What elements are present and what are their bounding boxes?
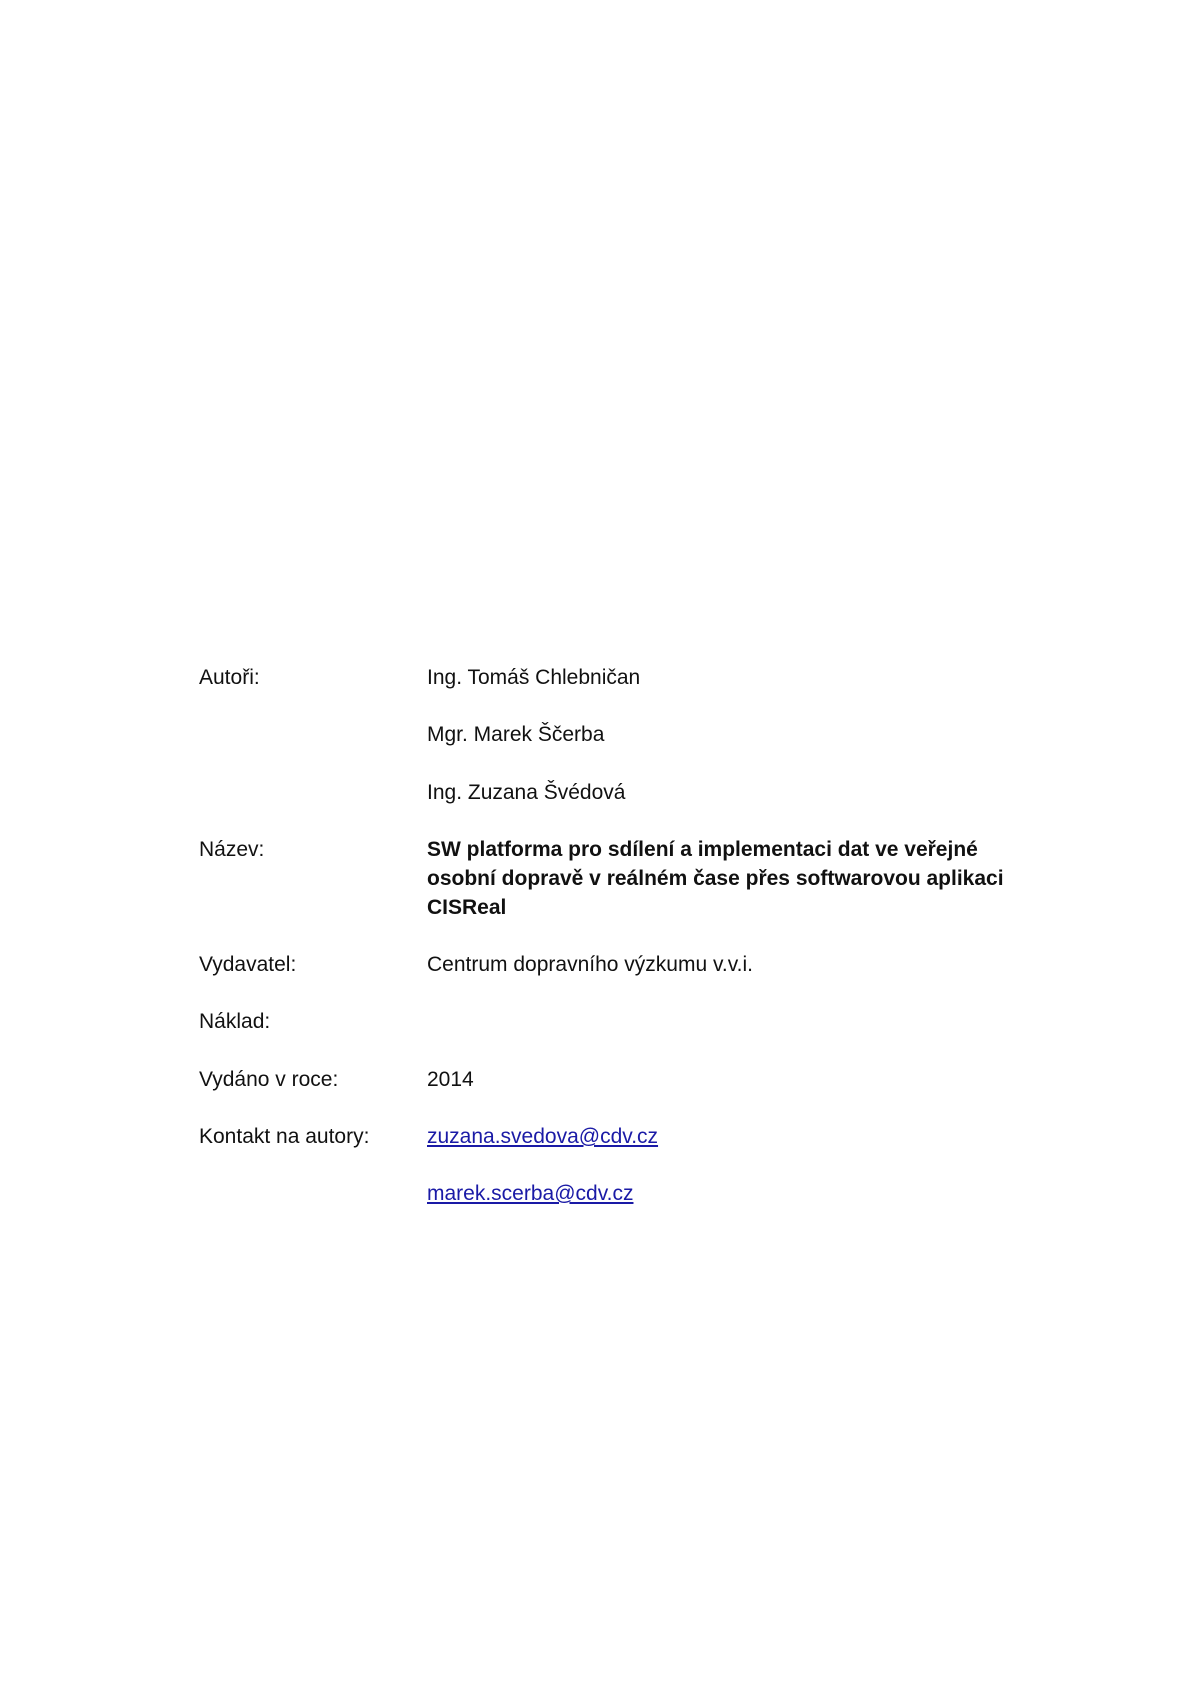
contact-email-1[interactable]: zuzana.svedova@cdv.cz <box>427 1125 658 1148</box>
publisher-label: Vydavatel: <box>199 950 419 979</box>
title-line-1: SW platforma pro sdílení a implementaci … <box>427 835 1017 864</box>
year-label: Vydáno v roce: <box>199 1065 419 1094</box>
document-title: SW platforma pro sdílení a implementaci … <box>427 835 1017 922</box>
publisher-value: Centrum dopravního výzkumu v.v.i. <box>427 950 1017 979</box>
author-2: Mgr. Marek Ščerba <box>427 720 1017 749</box>
title-label: Název: <box>199 835 419 864</box>
title-line-2: osobní dopravě v reálném čase přes softw… <box>427 864 1017 893</box>
year-value: 2014 <box>427 1065 1017 1094</box>
title-line-3: CISReal <box>427 893 1017 922</box>
authors-label: Autoři: <box>199 663 419 692</box>
author-3: Ing. Zuzana Švédová <box>427 778 1017 807</box>
contact-label: Kontakt na autory: <box>199 1122 419 1151</box>
author-1: Ing. Tomáš Chlebničan <box>427 663 1017 692</box>
contact-email-2[interactable]: marek.scerba@cdv.cz <box>427 1182 633 1205</box>
print-run-label: Náklad: <box>199 1007 419 1036</box>
